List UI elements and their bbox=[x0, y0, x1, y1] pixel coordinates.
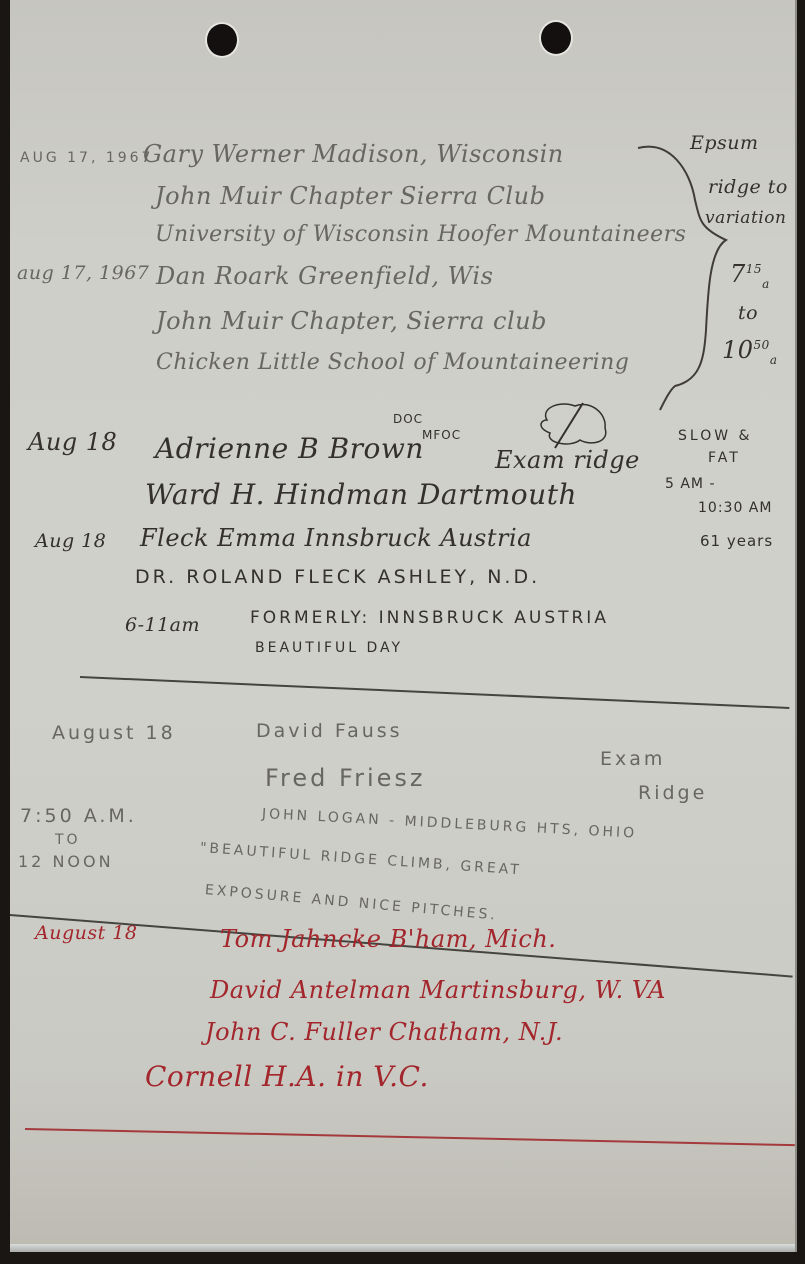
entry-1-line-2: John Muir Chapter Sierra Club bbox=[155, 182, 545, 210]
entry-1-date: AUG 17, 1967 bbox=[20, 150, 153, 166]
entry-5-line-3: JOHN LOGAN - MIDDLEBURG HTS, OHIO bbox=[262, 806, 638, 842]
side-note-time-end: 1050a bbox=[722, 336, 777, 367]
entry-1-line-3: University of Wisconsin Hoofer Mountaine… bbox=[155, 222, 686, 247]
entry-1-line-1: Gary Werner Madison, Wisconsin bbox=[143, 140, 564, 168]
entry-6-line-2: David Antelman Martinsburg, W. VA bbox=[210, 976, 666, 1004]
entry-3-line-1: Adrienne B Brown bbox=[155, 432, 424, 465]
entry-4-line-3: FORMERLY: INNSBRUCK AUSTRIA bbox=[250, 608, 609, 628]
register-page: AUG 17, 1967 Gary Werner Madison, Wiscon… bbox=[10, 0, 797, 1252]
binder-hole-left bbox=[207, 24, 237, 56]
entry-3-annotation-2: MFOC bbox=[422, 428, 461, 442]
entry-3-time-2: 10:30 AM bbox=[698, 500, 772, 516]
entry-4-age: 61 years bbox=[700, 532, 773, 550]
entry-4-line-4: BEAUTIFUL DAY bbox=[255, 640, 403, 656]
side-note-time-start: 715a bbox=[730, 260, 770, 291]
entry-3-annotation-1: DOC bbox=[393, 412, 423, 426]
entry-6-line-1: Tom Jahncke B'ham, Mich. bbox=[220, 925, 556, 953]
entry-5-line-4: "BEAUTIFUL RIDGE CLIMB, GREAT bbox=[199, 840, 522, 878]
side-note-to: to bbox=[738, 302, 758, 324]
entry-3-time-1: 5 AM - bbox=[665, 476, 716, 492]
entry-5-route-1: Exam bbox=[600, 748, 665, 770]
entry-3-line-2: Ward H. Hindman Dartmouth bbox=[145, 478, 577, 511]
entry-2-line-3: Chicken Little School of Mountaineering bbox=[156, 350, 629, 375]
entry-6-date: August 18 bbox=[35, 922, 137, 944]
entry-4-time: 6-11am bbox=[125, 614, 200, 636]
brace-mark bbox=[630, 140, 720, 420]
entry-5-line-5: EXPOSURE AND NICE PITCHES. bbox=[204, 882, 498, 924]
entry-2-line-2: John Muir Chapter, Sierra club bbox=[156, 307, 547, 335]
entry-4-line-2: DR. ROLAND FLECK ASHLEY, N.D. bbox=[135, 566, 540, 588]
entry-5-route-2: Ridge bbox=[638, 782, 707, 804]
entry-5-date: August 18 bbox=[52, 722, 176, 744]
entry-2-line-1: Dan Roark Greenfield, Wis bbox=[156, 262, 493, 290]
entry-3-date: Aug 18 bbox=[28, 428, 117, 456]
entry-4-date: Aug 18 bbox=[35, 530, 106, 552]
divider-line-3 bbox=[25, 1128, 795, 1146]
side-note-route-2: ridge to bbox=[708, 176, 788, 198]
entry-4-line-1: Fleck Emma Innsbruck Austria bbox=[140, 524, 532, 552]
side-note-route-1: Epsum bbox=[690, 132, 759, 154]
entry-2-date: aug 17, 1967 bbox=[17, 262, 149, 284]
entry-5-line-2: Fred Friesz bbox=[265, 764, 426, 792]
entry-6-line-3: John C. Fuller Chatham, N.J. bbox=[205, 1018, 563, 1046]
entry-5-time-3: 12 NOON bbox=[18, 852, 114, 871]
tree-sketch bbox=[535, 398, 615, 453]
entry-6-line-4: Cornell H.A. in V.C. bbox=[145, 1060, 429, 1093]
entry-3-remark-1: SLOW & bbox=[678, 428, 752, 444]
entry-3-remark-2: FAT bbox=[708, 450, 741, 466]
entry-5-line-1: David Fauss bbox=[256, 720, 403, 742]
divider-line-1 bbox=[80, 676, 789, 709]
entry-5-time-1: 7:50 A.M. bbox=[20, 805, 137, 827]
entry-5-time-2: TO bbox=[55, 832, 81, 848]
side-note-route-3: variation bbox=[705, 208, 786, 228]
binder-hole-right bbox=[541, 22, 571, 54]
